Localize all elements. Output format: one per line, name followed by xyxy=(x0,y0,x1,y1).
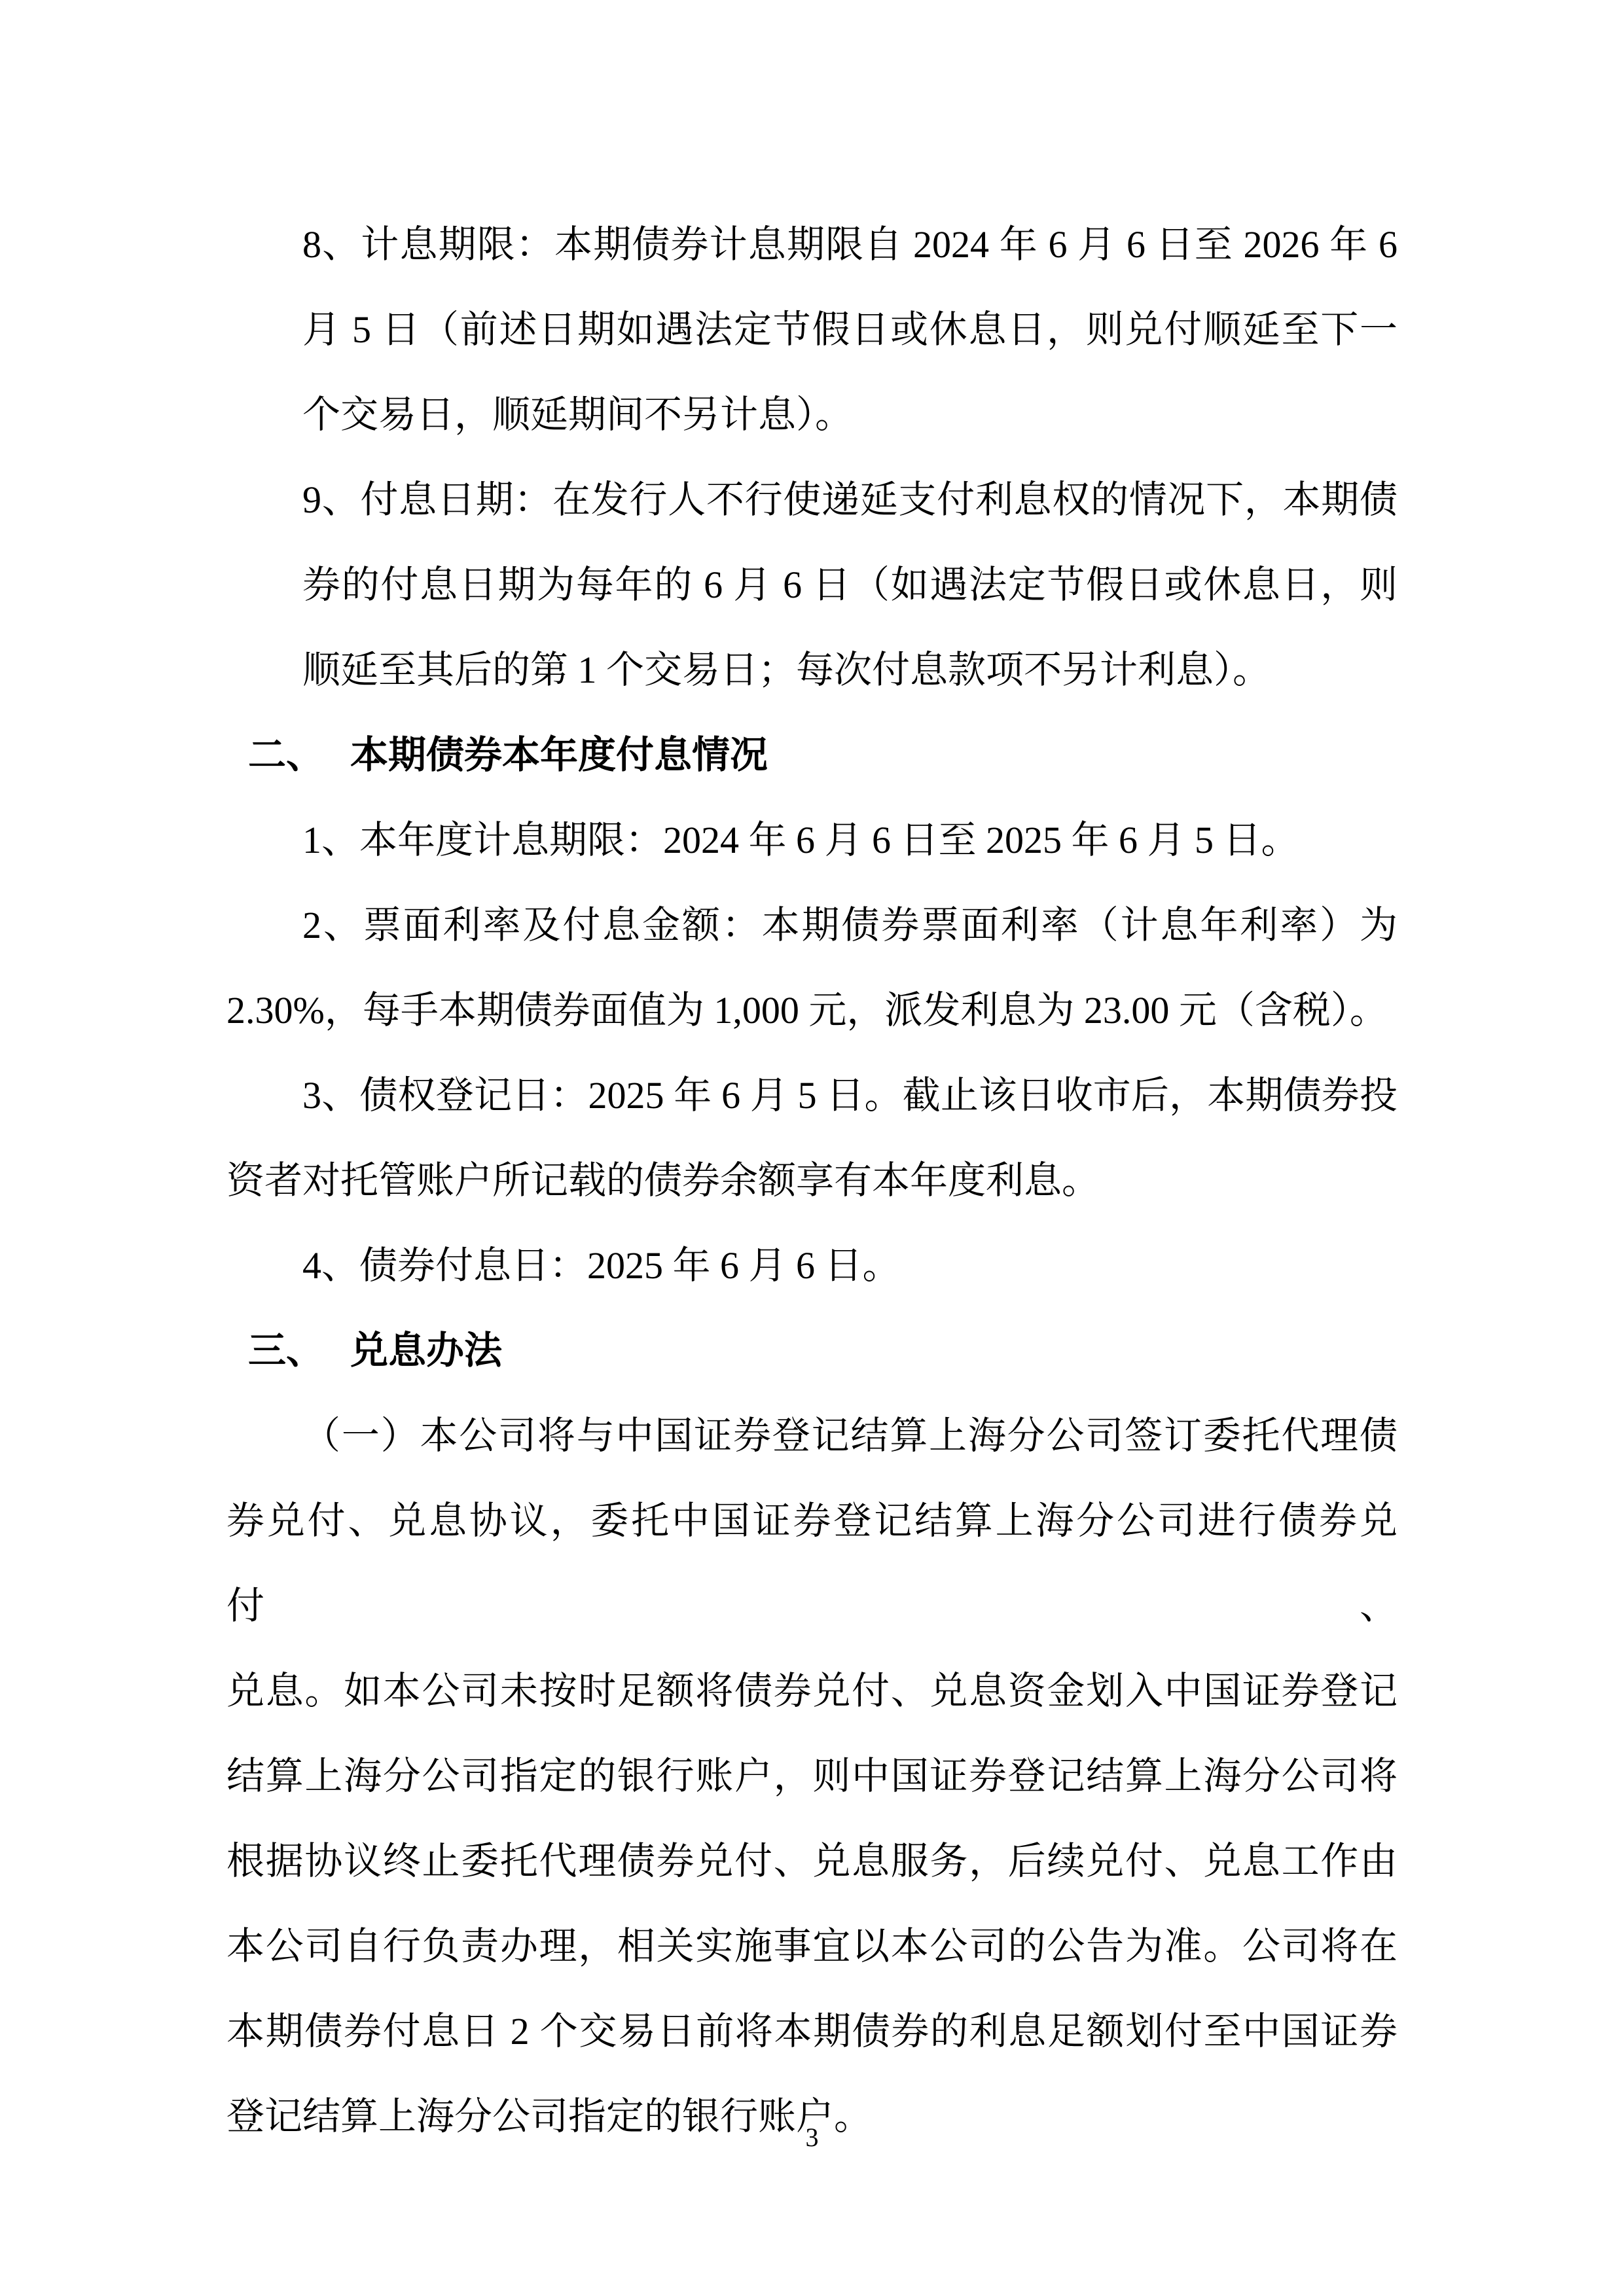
section-title: 兑息办法 xyxy=(350,1329,502,1372)
section-3-item-1-line-4: 结算上海分公司指定的银行账户，则中国证券登记结算上海分公司将 xyxy=(226,1734,1398,1819)
section-number: 三、 xyxy=(248,1329,324,1372)
section-3-heading: 三、兑息办法 xyxy=(226,1308,1398,1393)
item-8-interest-accrual-period-line-1: 8、计息期限：本期债券计息期限自 2024 年 6 月 6 日至 2026 年 … xyxy=(226,202,1398,287)
section-2-item-4-line-1: 4、债券付息日：2025 年 6 月 6 日。 xyxy=(226,1223,1398,1308)
document-page: 8、计息期限：本期债券计息期限自 2024 年 6 月 6 日至 2026 年 … xyxy=(0,0,1624,2296)
section-3-item-1-line-2: 券兑付、兑息协议，委托中国证券登记结算上海分公司进行债券兑付、 xyxy=(226,1479,1398,1649)
section-number: 二、 xyxy=(248,734,324,776)
section-2-item-3-line-1: 3、债权登记日：2025 年 6 月 5 日。截止该日收市后，本期债券投 xyxy=(226,1053,1398,1138)
section-3-item-1-line-5: 根据协议终止委托代理债券兑付、兑息服务，后续兑付、兑息工作由 xyxy=(226,1819,1398,1904)
item-9-interest-payment-date-line-1: 9、付息日期：在发行人不行使递延支付利息权的情况下，本期债 xyxy=(226,457,1398,543)
item-8-interest-accrual-period-line-2: 月 5 日（前述日期如遇法定节假日或休息日，则兑付顺延至下一 xyxy=(226,287,1398,372)
page-number: 3 xyxy=(0,2122,1624,2153)
section-title: 本期债券本年度付息情况 xyxy=(350,734,768,776)
section-3-item-1-line-6: 本公司自行负责办理，相关实施事宜以本公司的公告为准。公司将在 xyxy=(226,1904,1398,1989)
section-3-item-1-line-7: 本期债券付息日 2 个交易日前将本期债券的利息足额划付至中国证券 xyxy=(226,1989,1398,2074)
section-2-item-3-line-2: 资者对托管账户所记载的债券余额享有本年度利息。 xyxy=(226,1138,1398,1223)
text-block: 8、计息期限：本期债券计息期限自 2024 年 6 月 6 日至 2026 年 … xyxy=(226,202,1398,2159)
section-2-item-1-line-1: 1、本年度计息期限：2024 年 6 月 6 日至 2025 年 6 月 5 日… xyxy=(226,798,1398,883)
section-3-item-1-line-1: （一）本公司将与中国证券登记结算上海分公司签订委托代理债 xyxy=(226,1393,1398,1479)
item-8-interest-accrual-period-line-3: 个交易日，顺延期间不另计息）。 xyxy=(226,372,1398,457)
section-3-item-1-line-3: 兑息。如本公司未按时足额将债券兑付、兑息资金划入中国证券登记 xyxy=(226,1649,1398,1734)
item-9-interest-payment-date-line-3: 顺延至其后的第 1 个交易日；每次付息款项不另计利息）。 xyxy=(226,628,1398,713)
item-9-interest-payment-date-line-2: 券的付息日期为每年的 6 月 6 日（如遇法定节假日或休息日，则 xyxy=(226,543,1398,628)
section-2-item-2-line-1: 2、票面利率及付息金额：本期债券票面利率（计息年利率）为 xyxy=(226,883,1398,968)
section-2-item-2-line-2: 2.30%，每手本期债券面值为 1,000 元，派发利息为 23.00 元（含税… xyxy=(226,968,1398,1053)
section-2-heading: 二、本期债券本年度付息情况 xyxy=(226,713,1398,798)
